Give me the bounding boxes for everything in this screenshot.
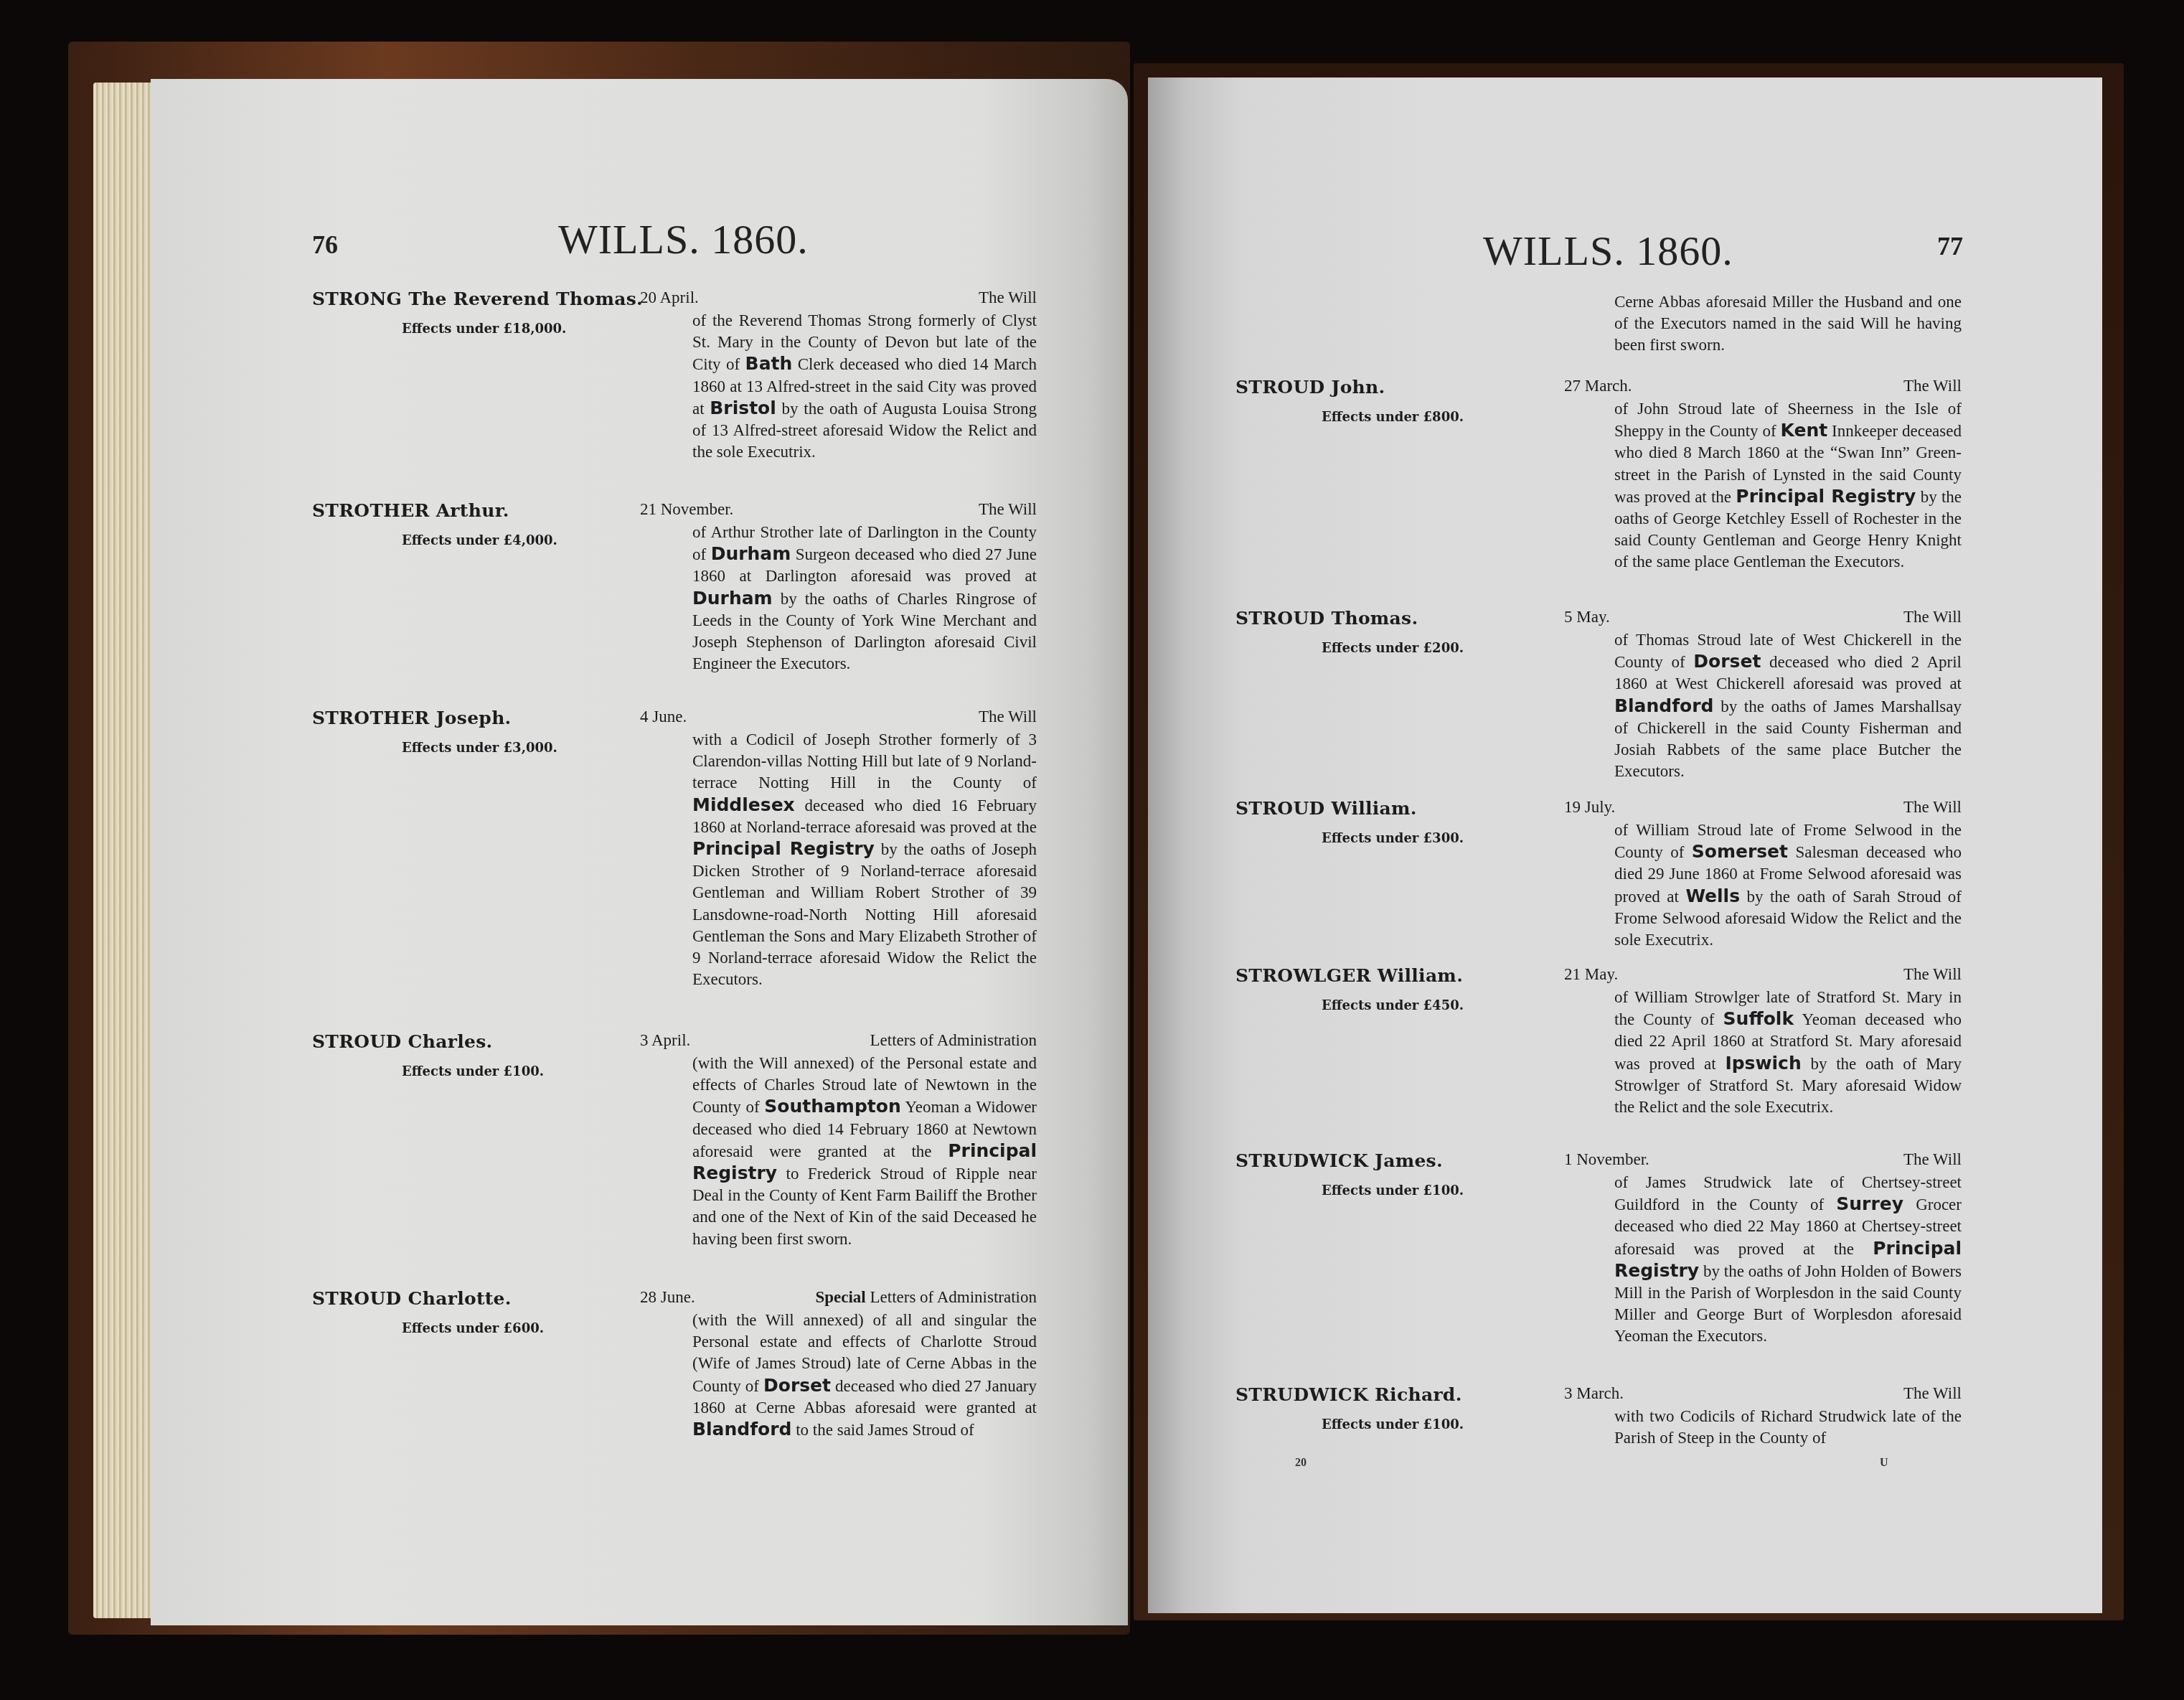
grant-type: The Will bbox=[1903, 1384, 1962, 1403]
entry-body: of Thomas Stroud late of West Chickerell… bbox=[1614, 629, 1962, 782]
grant-type: The Will bbox=[1903, 608, 1962, 626]
will-entry: STROTHER Joseph.Effects under £3,000.4 J… bbox=[312, 708, 1037, 995]
testator-name: STROUD John. bbox=[1235, 377, 1385, 398]
will-entry: STROUD Charles.Effects under £100.3 Apri… bbox=[312, 1031, 1037, 1318]
grant-date: 3 March. bbox=[1564, 1384, 1624, 1403]
effects-value: Effects under £800. bbox=[1322, 410, 1464, 425]
running-head: WILLS. 1860. bbox=[558, 215, 809, 263]
effects-value: Effects under £100. bbox=[402, 1064, 544, 1079]
effects-value: Effects under £450. bbox=[1322, 998, 1464, 1013]
effects-value: Effects under £18,000. bbox=[402, 321, 566, 337]
running-head: WILLS. 1860. bbox=[1483, 227, 1733, 275]
grant-type: The Will bbox=[979, 708, 1037, 726]
entry-body: with two Codicils of Richard Strudwick l… bbox=[1614, 1406, 1962, 1449]
grant-type: The Will bbox=[1903, 798, 1962, 817]
entry-body: with a Codicil of Joseph Strother former… bbox=[692, 729, 1037, 990]
grant-date: 4 June. bbox=[640, 708, 687, 726]
grant-type: The Will bbox=[1903, 377, 1962, 395]
effects-value: Effects under £3,000. bbox=[402, 741, 557, 756]
page-number: 76 bbox=[312, 230, 338, 260]
grant-date: 3 April. bbox=[640, 1031, 690, 1050]
testator-name: STRONG The Reverend Thomas. bbox=[312, 288, 643, 309]
grant-type: The Will bbox=[979, 500, 1037, 519]
grant-date: 19 July. bbox=[1564, 798, 1615, 817]
will-entry: STROUD Charlotte.Effects under £600.28 J… bbox=[312, 1288, 1037, 1575]
page-number: 77 bbox=[1937, 231, 1963, 261]
will-entry: STRUDWICK Richard.Effects under £100.3 M… bbox=[1235, 1384, 1962, 1671]
testator-name: STROTHER Arthur. bbox=[312, 500, 509, 521]
testator-name: STRUDWICK Richard. bbox=[1235, 1384, 1462, 1405]
entry-body: of the Reverend Thomas Strong formerly o… bbox=[692, 310, 1037, 463]
effects-value: Effects under £300. bbox=[1322, 831, 1464, 846]
testator-name: STROUD Charles. bbox=[312, 1031, 493, 1052]
signature-mark-letter: U bbox=[1880, 1457, 1888, 1470]
grant-date: 28 June. bbox=[640, 1288, 695, 1307]
testator-name: STROUD William. bbox=[1235, 798, 1417, 819]
entry-body: of William Strowlger late of Stratford S… bbox=[1614, 987, 1962, 1118]
entry-body: (with the Will annexed) of all and singu… bbox=[692, 1310, 1037, 1441]
effects-value: Effects under £4,000. bbox=[402, 533, 557, 548]
entry-body: of James Strudwick late of Chertsey-stre… bbox=[1614, 1172, 1962, 1348]
grant-type: The Will bbox=[1903, 965, 1962, 984]
continuation-text: Cerne Abbas aforesaid Miller the Husband… bbox=[1614, 291, 1962, 357]
entry-body: of Arthur Strother late of Darlington in… bbox=[692, 522, 1037, 675]
effects-value: Effects under £100. bbox=[1322, 1417, 1464, 1432]
grant-type: Letters of Administration bbox=[870, 1031, 1037, 1050]
testator-name: STRUDWICK James. bbox=[1235, 1150, 1443, 1171]
entry-body: of William Stroud late of Frome Selwood … bbox=[1614, 820, 1962, 951]
page-edges bbox=[93, 83, 154, 1618]
testator-name: STROWLGER William. bbox=[1235, 965, 1463, 986]
grant-date: 27 March. bbox=[1564, 377, 1632, 395]
grant-date: 1 November. bbox=[1564, 1150, 1649, 1169]
grant-date: 20 April. bbox=[640, 288, 699, 307]
grant-date: 5 May. bbox=[1564, 608, 1610, 626]
signature-mark-number: 20 bbox=[1295, 1457, 1307, 1470]
grant-date: 21 May. bbox=[1564, 965, 1618, 984]
testator-name: STROTHER Joseph. bbox=[312, 708, 512, 728]
testator-name: STROUD Charlotte. bbox=[312, 1288, 512, 1309]
grant-date: 21 November. bbox=[640, 500, 733, 519]
grant-type: The Will bbox=[1903, 1150, 1962, 1169]
effects-value: Effects under £600. bbox=[402, 1321, 544, 1336]
grant-type: The Will bbox=[979, 288, 1037, 307]
entry-body: (with the Will annexed) of the Personal … bbox=[692, 1053, 1037, 1250]
effects-value: Effects under £100. bbox=[1322, 1183, 1464, 1198]
testator-name: STROUD Thomas. bbox=[1235, 608, 1418, 629]
entry-body: of John Stroud late of Sheerness in the … bbox=[1614, 398, 1962, 573]
grant-type: Special Letters of Administration bbox=[815, 1288, 1037, 1307]
effects-value: Effects under £200. bbox=[1322, 641, 1464, 656]
